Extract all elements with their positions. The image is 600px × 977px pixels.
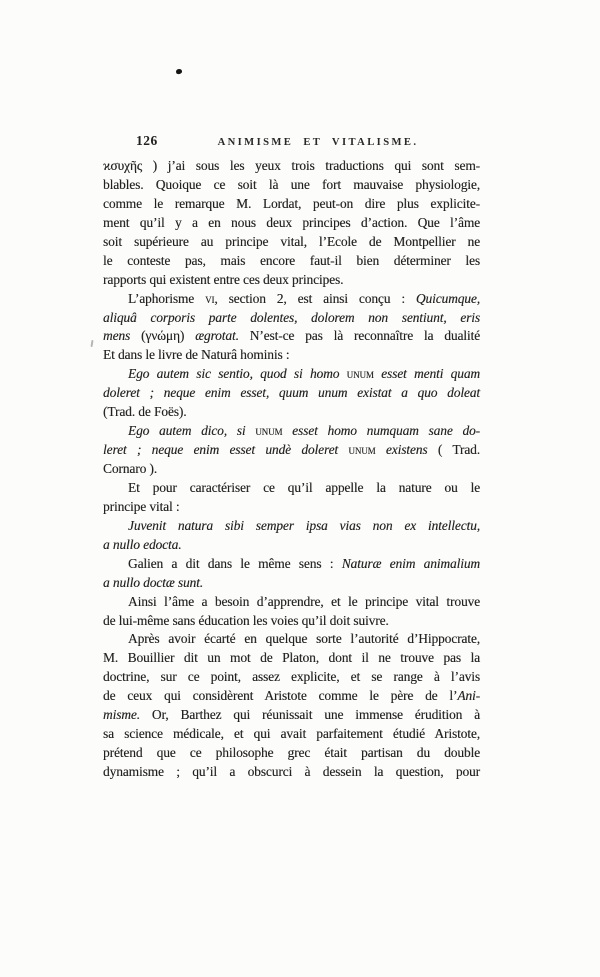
- text-line: Et dans le livre de Naturâ hominis :: [103, 346, 480, 365]
- text-run: ): [180, 328, 195, 343]
- text-line: Juvenit natura sibi semper ipsa vias non…: [103, 517, 480, 536]
- text-run: Ainsi l’âme a besoin d’apprendre, et le …: [128, 594, 480, 609]
- text-run: ment qu’il y a en nous deux principes d’…: [103, 215, 480, 230]
- text-line: de lui-même sans éducation les voies qu’…: [103, 612, 480, 631]
- text-run: existens: [376, 442, 438, 457]
- text-run: aliquâ corporis parte dolentes, dolorem …: [103, 310, 480, 325]
- text-line: Après avoir écarté en quelque sorte l’au…: [103, 630, 480, 649]
- text-run: prétend que ce philosophe grec était par…: [103, 745, 480, 760]
- text-run: doleret ; neque enim esset, quum unum ex…: [103, 385, 480, 400]
- text-line: Ego autem dico, si unum esset homo numqu…: [103, 422, 480, 441]
- text-line: misme. Or, Barthez qui réunissait une im…: [103, 706, 480, 725]
- text-run: Or, Barthez qui réunissait une immense é…: [140, 707, 480, 722]
- text-run: rapports qui existent entre ces deux pri…: [103, 272, 343, 287]
- text-run: Après avoir écarté en quelque sorte l’au…: [128, 631, 480, 646]
- text-run: mens: [103, 328, 141, 343]
- text-line: principe vital :: [103, 498, 480, 517]
- text-run: Ego autem dico, si: [128, 423, 255, 438]
- text-run: leret ; neque enim esset undè doleret: [103, 442, 348, 457]
- text-line: Galien a dit dans le même sens : Naturæ …: [103, 555, 480, 574]
- text-run: unum: [348, 442, 375, 457]
- text-line: comme le remarque M. Lordat, peut-on dir…: [103, 195, 480, 214]
- text-line: prétend que ce philosophe grec était par…: [103, 744, 480, 763]
- text-run: Juvenit natura sibi semper ipsa vias non…: [128, 518, 480, 533]
- text-run: L’aphorisme: [128, 291, 205, 306]
- text-line: Ego autem sic sentio, quod si homo unum …: [103, 365, 480, 384]
- text-line: L’aphorisme vi, section 2, est ainsi con…: [103, 290, 480, 309]
- text-run: unum: [255, 423, 282, 438]
- text-line: sa science médicale, et qui avait parfai…: [103, 725, 480, 744]
- text-line: dynamisme ; qu’il a obscurci à dessein l…: [103, 763, 480, 782]
- text-line: a nullo doctæ sunt.: [103, 574, 480, 593]
- text-line: le conteste pas, mais encore faut-il bie…: [103, 252, 480, 271]
- text-run: de lui-même sans éducation les voies qu’…: [103, 613, 389, 628]
- ink-spot-artifact: [175, 68, 182, 74]
- text-run: unum: [347, 366, 374, 381]
- text-run: Et pour caractériser ce qu’il appelle la…: [128, 480, 480, 495]
- text-line: mens (γνώμη) ægrotat. N’est-ce pas là re…: [103, 327, 480, 346]
- text-run: N’est-ce pas là reconnaître la dualité: [239, 328, 480, 343]
- text-line: soit supérieure au principe vital, l’Eco…: [103, 233, 480, 252]
- text-run: a nullo edocta.: [103, 537, 181, 552]
- text-run: comme le remarque M. Lordat, peut-on dir…: [103, 196, 480, 211]
- text-line: M. Bouillier dit un mot de Platon, dont …: [103, 649, 480, 668]
- text-line: doleret ; neque enim esset, quum unum ex…: [103, 384, 480, 403]
- text-line: Cornaro ).: [103, 460, 480, 479]
- text-line: de ceux qui considèrent Aristote comme l…: [103, 687, 480, 706]
- text-run: dynamisme ; qu’il a obscurci à dessein l…: [103, 764, 480, 779]
- running-title: ANIMISME ET VITALISME.: [0, 137, 600, 148]
- book-page: 126 ANIMISME ET VITALISME. ϰσυχῆς ) j’ai…: [0, 0, 600, 977]
- text-run: ægrotat.: [195, 328, 239, 343]
- text-line: doctrine, sur ce point, assez explicite,…: [103, 668, 480, 687]
- text-line: aliquâ corporis parte dolentes, dolorem …: [103, 309, 480, 328]
- text-line: a nullo edocta.: [103, 536, 480, 555]
- text-line: ϰσυχῆς ) j’ai sous les yeux trois traduc…: [103, 157, 480, 176]
- page-body: ϰσυχῆς ) j’ai sous les yeux trois traduc…: [103, 157, 480, 782]
- text-run: doctrine, sur ce point, assez explicite,…: [103, 669, 480, 684]
- margin-speck-artifact: [90, 340, 93, 347]
- text-run: Et dans le livre de Naturâ hominis :: [103, 347, 289, 362]
- text-run: le conteste pas, mais encore faut-il bie…: [103, 253, 480, 268]
- text-line: (Trad. de Foës).: [103, 403, 480, 422]
- text-line: ment qu’il y a en nous deux principes d’…: [103, 214, 480, 233]
- text-run: Cornaro ).: [103, 461, 157, 476]
- text-line: rapports qui existent entre ces deux pri…: [103, 271, 480, 290]
- text-run: ) j’ai sous les yeux trois traductions q…: [142, 158, 480, 173]
- text-run: Quicumque,: [416, 291, 480, 306]
- text-run: sa science médicale, et qui avait parfai…: [103, 726, 480, 741]
- text-run: principe vital :: [103, 499, 180, 514]
- text-run: ϰσυχῆς: [103, 158, 142, 173]
- text-run: esset homo numquam sane do-: [282, 423, 480, 438]
- text-run: misme.: [103, 707, 140, 722]
- text-run: M. Bouillier dit un mot de Platon, dont …: [103, 650, 480, 665]
- text-run: Galien a dit dans le même sens :: [128, 556, 342, 571]
- text-line: Et pour caractériser ce qu’il appelle la…: [103, 479, 480, 498]
- text-run: (Trad. de Foës).: [103, 404, 186, 419]
- text-run: γνώμη: [145, 328, 179, 343]
- text-run: a nullo doctæ sunt.: [103, 575, 203, 590]
- text-run: ( Trad.: [438, 442, 480, 457]
- text-line: Ainsi l’âme a besoin d’apprendre, et le …: [103, 593, 480, 612]
- text-run: vi: [205, 291, 214, 306]
- text-line: blables. Quoique ce soit là une fort mau…: [103, 176, 480, 195]
- text-run: blables. Quoique ce soit là une fort mau…: [103, 177, 480, 192]
- text-run: , section 2, est ainsi conçu :: [214, 291, 416, 306]
- text-run: de ceux qui considèrent Aristote comme l…: [103, 688, 457, 703]
- text-run: Ani-: [457, 688, 480, 703]
- text-run: soit supérieure au principe vital, l’Eco…: [103, 234, 480, 249]
- text-line: leret ; neque enim esset undè doleret un…: [103, 441, 480, 460]
- text-run: Naturæ enim animalium: [342, 556, 480, 571]
- text-run: Ego autem sic sentio, quod si homo: [128, 366, 347, 381]
- text-run: esset menti quam: [374, 366, 480, 381]
